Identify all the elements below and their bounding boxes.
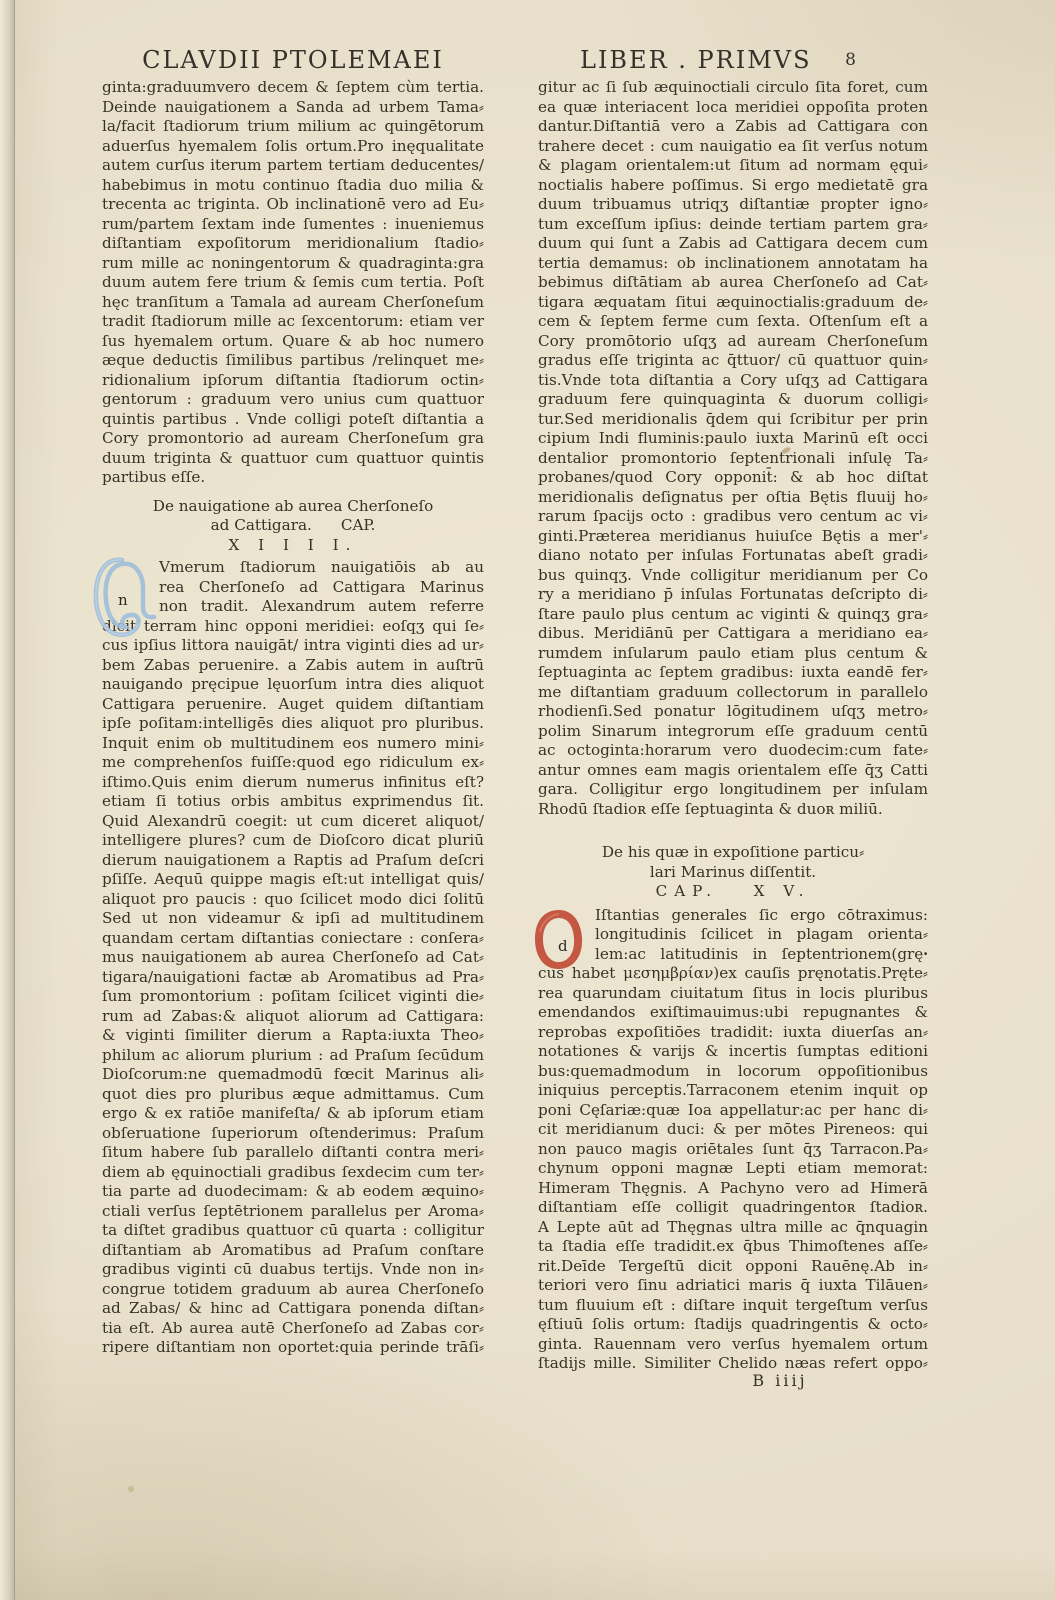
text-line: me comprehenſos fuiſſe:quod ego ridiculu… <box>102 753 484 773</box>
text-line: gradibus viginti cū duabus tertijs. Vnde… <box>102 1260 484 1280</box>
text-line: cipium Indi fluminis:paulo iuxta Marinū … <box>538 429 928 449</box>
text-line: dierum nauigationem a Raptis ad Praſum d… <box>102 851 484 871</box>
text-line: ta diſtet gradibus quattuor cū quarta : … <box>102 1221 484 1241</box>
text-line: Vmerum ſtadiorum nauigatiōis ab au <box>102 558 484 578</box>
text-line: gara. Colligitur ergo longitudinem per i… <box>538 780 928 800</box>
text-line: ſtare paulo plus centum ac viginti & qui… <box>538 605 928 625</box>
text-line: cus ipſius littora nauigāt/ intra vigint… <box>102 636 484 656</box>
text-line: duum triginta & quattuor cum quattuor qu… <box>102 449 484 469</box>
text-line: diſtantiam ab Aromatibus ad Praſum conſt… <box>102 1241 484 1261</box>
text-line: X I I I I. <box>102 536 484 556</box>
text-line: quandam certam diſtantias coniectare : c… <box>102 929 484 949</box>
text-line: tigara æquatam ſitui æquinoctialis:gradu… <box>538 293 928 313</box>
text-line: ry a meridiano p̄ inſulas Fortunatas deſ… <box>538 585 928 605</box>
text-line: quot dies pro pluribus æque admittamus. … <box>102 1085 484 1105</box>
text-line: la/facit ſtadiorum trium milium ac quing… <box>102 117 484 137</box>
text-line: chynum opponi magnæ Lepti etiam memorat: <box>538 1159 928 1179</box>
text-line: ac octoginta:horarum vero duodecim:cum f… <box>538 741 928 761</box>
text-line: iniquius perceptis.Tarraconem etenim inq… <box>538 1081 928 1101</box>
text-line: De nauigatione ab aurea Cherſoneſo <box>102 497 484 517</box>
text-line: tertia demamus: ob inclinationem annotat… <box>538 254 928 274</box>
text-line: diano notato per inſulas Fortunatas abeſ… <box>538 546 928 566</box>
text-line: Sed ut non videamur & ipſi ad multitudin… <box>102 909 484 929</box>
text-line: rum/partem ſextam inde ſumentes : inueni… <box>102 215 484 235</box>
text-line: trahere decet : cum nauigatio ea ſit ver… <box>538 137 928 157</box>
left-paragraph-cap13: ginta:graduumvero decem & ſeptem cùm ter… <box>102 78 484 488</box>
text-line: philum ac aliorum plurium : ad Praſum ſe… <box>102 1046 484 1066</box>
text-line: hęc tranſitum a Tamala ad auream Cherſon… <box>102 293 484 313</box>
text-line: rea quarundam ciuitatum ſitus in locis p… <box>538 984 928 1004</box>
text-line: ripere diſtantiam non oportet:quia perin… <box>102 1338 484 1358</box>
text-line: teriori vero ſinu adriatici maris q̄ iux… <box>538 1276 928 1296</box>
text-line: partibus eſſe. <box>102 468 484 488</box>
text-line: dicit terram hinc opponi meridiei: eoſqʒ… <box>102 617 484 637</box>
text-line: meridionalis deſignatus per oſtia Bętis … <box>538 488 928 508</box>
text-line: reprobas expoſitiōes tradidit: iuxta diu… <box>538 1023 928 1043</box>
text-line: tum fluuium eſt : diſtare inquit tergeſt… <box>538 1296 928 1316</box>
text-line: gentorum : graduum vero unius cum quattu… <box>102 390 484 410</box>
text-line: bus:quemadmodum in locorum oppoſitionibu… <box>538 1062 928 1082</box>
right-paragraph-cap14: gitur ac ſi ſub æquinoctiali circulo ſit… <box>538 78 928 819</box>
text-line: congrue totidem graduum ab aurea Cherſon… <box>102 1280 484 1300</box>
text-line: aliquot pro paucis : quo ſcilicet modo d… <box>102 890 484 910</box>
text-line: obſeruatione ſuperiorum oſtenderimus: Pr… <box>102 1124 484 1144</box>
text-line: iſtimo.Quis enim dierum numerus infinitu… <box>102 773 484 793</box>
text-line: ſum promontorium : poſitam ſcilicet vigi… <box>102 987 484 1007</box>
running-header-title: LIBER . PRIMVS <box>580 46 812 74</box>
text-line: & plagam orientalem:ut ſitum ad normam ę… <box>538 156 928 176</box>
text-line: ad Zabas/ & hinc ad Cattigara ponenda di… <box>102 1299 484 1319</box>
text-line: bem Zabas peruenire. a Zabis autem in au… <box>102 656 484 676</box>
text-line: lari Marinus diſſentit. <box>538 863 928 883</box>
text-line: noctialis habere poſſimus. Si ergo medie… <box>538 176 928 196</box>
text-line: duum qui ſunt a Zabis ad Cattigara decem… <box>538 234 928 254</box>
chapter-14-heading: De nauigatione ab aurea Cherſoneſoad Cat… <box>102 497 484 556</box>
guide-letter-n: n <box>118 591 128 609</box>
text-line: Cory promontorio ad auream Cherſoneſum g… <box>102 429 484 449</box>
text-line: etiam ſi totius orbis ambitus exprimendu… <box>102 792 484 812</box>
text-line: rumdem inſularum paulo etiam plus centum… <box>538 644 928 664</box>
text-line: aduerſus hyemalem ſolis ortum.Pro inęqua… <box>102 137 484 157</box>
text-line: ridionalium ipſorum diſtantia ſtadiorum … <box>102 371 484 391</box>
text-line: ea quæ interiacent loca meridiei oppoſit… <box>538 98 928 118</box>
text-line: Quid Alexandrū coegit: ut cum diceret al… <box>102 812 484 832</box>
text-line: Cattigara peruenire. Auget quidem diſtan… <box>102 695 484 715</box>
text-line: longitudinis ſcilicet in plagam orienta⸗ <box>538 925 928 945</box>
running-header-right: LIBER . PRIMVS 8 <box>538 46 928 76</box>
text-line: rit.Deīde Tergeſtū dicit opponi Rauēnę.A… <box>538 1257 928 1277</box>
scanned-book-page: { "page": { "header_left": "CLAVDII PTOL… <box>0 0 1055 1600</box>
running-header-left: CLAVDII PTOLEMAEI <box>102 46 484 76</box>
text-line: ęſtiuū ſolis ortum: ſtadijs quadringenti… <box>538 1315 928 1335</box>
chapter-14-text: Vmerum ſtadiorum nauigatiōis ab aurea Ch… <box>102 558 484 1358</box>
text-line: & viginti ſimiliter dierum a Rapta:iuxta… <box>102 1026 484 1046</box>
chapter-15-body: d Iſtantias generales ſic ergo cōtraximu… <box>538 906 928 1374</box>
text-line: dibus. Meridiānū per Cattigara a meridia… <box>538 624 928 644</box>
text-line: non tradit. Alexandrum autem referre <box>102 597 484 617</box>
text-line: polim Sinarum integrorum eſſe graduum ce… <box>538 722 928 742</box>
text-line: CAP. X V. <box>538 882 928 902</box>
text-line: ergo & ex ratiōe manifeſta/ & ab ipſorum… <box>102 1104 484 1124</box>
text-line: Iſtantias generales ſic ergo cōtraximus: <box>538 906 928 926</box>
chapter-15-text: Iſtantias generales ſic ergo cōtraximus:… <box>538 906 928 1374</box>
chapter-14-body: n Vmerum ſtadiorum nauigatiōis ab aurea … <box>102 558 484 1358</box>
text-line: Rhodū ſtadioʀ eſſe ſeptuaginta & duoʀ mi… <box>538 800 928 820</box>
page-edge <box>0 0 15 1600</box>
initial-spacer <box>102 558 159 614</box>
text-line: lem:ac latitudinis in ſeptentrionem(gręꞏ <box>538 945 928 965</box>
text-line: tis.Vnde tota diſtantia a Cory uſqʒ ad C… <box>538 371 928 391</box>
text-line: ginti.Præterea meridianus huiuſce Bętis … <box>538 527 928 547</box>
text-line: ginta. Rauennam vero verſus hyemalem ort… <box>538 1335 928 1355</box>
text-line: ginta:graduumvero decem & ſeptem cùm ter… <box>102 78 484 98</box>
left-text-column: ginta:graduumvero decem & ſeptem cùm ter… <box>102 78 484 1358</box>
text-line: gitur ac ſi ſub æquinoctiali circulo ſit… <box>538 78 928 98</box>
text-line: cem & ſeptem ferme cum ſexta. Oſtenſum e… <box>538 312 928 332</box>
text-line: intelligere plures? cum de Dioſcoro dica… <box>102 831 484 851</box>
text-line: Inquit enim ob multitudinem eos numero m… <box>102 734 484 754</box>
text-line: emendandos exiſtimauimus:ubi repugnantes… <box>538 1003 928 1023</box>
text-line: tia parte ad duodecimam: & ab eodem æqui… <box>102 1182 484 1202</box>
text-line: diſtantiam expoſitorum meridionalium ſta… <box>102 234 484 254</box>
text-line: nauigando pręcipue lęuorſum intra dies a… <box>102 675 484 695</box>
text-line: non pauco magis oriētales ſunt q̄ʒ Tarra… <box>538 1140 928 1160</box>
guide-letter-d: d <box>558 937 568 955</box>
text-line: notationes & varijs & incertis ſumptas e… <box>538 1042 928 1062</box>
text-line: ta ſtadia eſſe tradidit.ex q̄bus Thimoſt… <box>538 1237 928 1257</box>
text-line: ſitum habere ſub parallelo diſtanti cont… <box>102 1143 484 1163</box>
text-line: Cory promōtorio uſqʒ ad auream Cherſoneſ… <box>538 332 928 352</box>
text-line: autem curſus iterum partem tertiam deduc… <box>102 156 484 176</box>
text-line: antur omnes eam magis orientalem eſſe q̄… <box>538 761 928 781</box>
text-line: tigara/nauigationi factæ ab Aromatibus a… <box>102 968 484 988</box>
text-line: poni Cęſariæ:quæ Ioa appellatur:ac per h… <box>538 1101 928 1121</box>
text-line: me diſtantiam graduum collectorum in par… <box>538 683 928 703</box>
text-line: dantur.Diſtantiā vero a Zabis ad Cattiga… <box>538 117 928 137</box>
text-line: Himeram Thęgnis. A Pachyno vero ad Himer… <box>538 1179 928 1199</box>
text-line: trecenta ac triginta. Ob inclinationē ve… <box>102 195 484 215</box>
chapter-15-heading: De his quæ in expoſitione particu⸗lari M… <box>538 843 928 902</box>
text-line: tradit ſtadiorum mille ac ſexcentorum: e… <box>102 312 484 332</box>
text-line: Dioſcorum:ne quemadmodū fœcit Marinus al… <box>102 1065 484 1085</box>
text-line: De his quæ in expoſitione particu⸗ <box>538 843 928 863</box>
text-line: diem ab ęquinoctiali gradibus ſexdecim c… <box>102 1163 484 1183</box>
folio-number: 8 <box>845 50 856 70</box>
text-line: rea Cherſoneſo ad Cattigara Marinus <box>102 578 484 598</box>
text-line: quintis partibus . Vnde colligi poteſt d… <box>102 410 484 430</box>
text-line: tum exceſſum ipſius: deinde tertiam part… <box>538 215 928 235</box>
text-line: duum tribuamus utriqʒ diſtantiæ propter … <box>538 195 928 215</box>
text-line: probanes/quod Cory opponit̄: & ab hoc di… <box>538 468 928 488</box>
text-line: duum autem fere trium & ſemis cum tertia… <box>102 273 484 293</box>
text-line: ad Cattigara. CAP. <box>102 516 484 536</box>
text-line: rum mille ac noningentorum & quadraginta… <box>102 254 484 274</box>
text-line: bus quinqʒ. Vnde colligitur meridianum p… <box>538 566 928 586</box>
text-line: bebimus diſtātiam ab aurea Cherſoneſo ad… <box>538 273 928 293</box>
text-line: æque deductis ſimilibus partibus /relinq… <box>102 351 484 371</box>
text-line: tia eſt. Ab aurea autē Cherſoneſo ad Zab… <box>102 1319 484 1339</box>
text-line: ſus hyemalem ortum. Quare & ab hoc numer… <box>102 332 484 352</box>
text-line: A Lepte aūt ad Thęgnas ultra mille ac q̄… <box>538 1218 928 1238</box>
text-line: habebimus in motu continuo ſtadia duo mi… <box>102 176 484 196</box>
text-line: pſiſſe. Aequū quippe magis eſt:ut intell… <box>102 870 484 890</box>
text-line: rarum ſpacijs octo : gradibus vero centu… <box>538 507 928 527</box>
text-line: ipſe poſitam:intelligēs dies aliquot pro… <box>102 714 484 734</box>
text-line: ſeptuaginta ac ſeptem gradibus: iuxta ea… <box>538 663 928 683</box>
text-line: gradus eſſe triginta ac q̄ttuor/ cū quat… <box>538 351 928 371</box>
quire-signature-mark: B iiij <box>700 1371 860 1390</box>
text-line: tur.Sed meridionalis q̄dem qui ſcribitur… <box>538 410 928 430</box>
text-line: mus nauigationem ab aurea Cherſoneſo ad … <box>102 948 484 968</box>
text-line: dentalior promontorio ſeptentrionali inſ… <box>538 449 928 469</box>
text-line: cit meridianum duci: & per mōtes Pireneo… <box>538 1120 928 1140</box>
text-line: cus habet μεσημβρίαν)ex cauſis pręnotati… <box>538 964 928 984</box>
text-line: graduum fere quinquaginta & duorum colli… <box>538 390 928 410</box>
text-line: rhodienſi.Sed ponatur lōgitudinem uſqʒ m… <box>538 702 928 722</box>
right-text-column: gitur ac ſi ſub æquinoctiali circulo ſit… <box>538 78 928 1374</box>
text-line: rum ad Zabas:& aliquot aliorum ad Cattig… <box>102 1007 484 1027</box>
text-line: diſtantiam eſſe colligit quadringentoʀ ſ… <box>538 1198 928 1218</box>
text-line: ctiali verſus ſeptētrionem parallelus pe… <box>102 1202 484 1222</box>
text-line: Deinde nauigationem a Sanda ad urbem Tam… <box>102 98 484 118</box>
